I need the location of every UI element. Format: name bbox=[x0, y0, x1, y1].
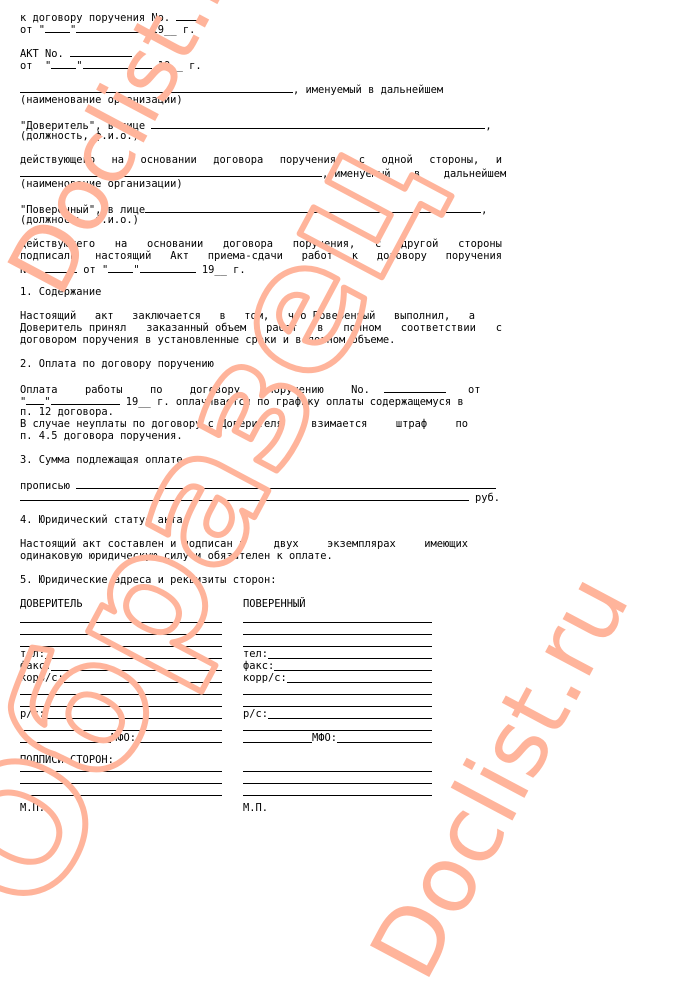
word: акт bbox=[95, 310, 114, 322]
month-blank[interactable] bbox=[51, 394, 120, 405]
word: дальнейшем bbox=[444, 168, 507, 180]
section5-title: 5. Юридические адреса и реквизиты сторон… bbox=[20, 574, 276, 586]
month-blank[interactable] bbox=[76, 22, 145, 33]
line-blank[interactable] bbox=[20, 624, 222, 635]
settlement-account-row: р/с: bbox=[20, 708, 222, 720]
line-blank[interactable] bbox=[20, 696, 222, 707]
day-blank[interactable] bbox=[26, 394, 44, 405]
tel-row: тел: bbox=[20, 648, 222, 660]
principal-requisites-title: ДОВЕРИТЕЛЬ bbox=[20, 598, 83, 610]
mfo-prefix-blank[interactable] bbox=[243, 732, 312, 743]
word: поручения, bbox=[293, 238, 356, 250]
s2-line3: п. 12 договора. bbox=[20, 406, 114, 418]
word: именуемый bbox=[334, 168, 390, 180]
signature-line[interactable] bbox=[243, 783, 432, 784]
word: и bbox=[496, 154, 502, 166]
comma: , bbox=[322, 168, 328, 180]
agent-stamp: М.П. bbox=[243, 802, 268, 814]
line-blank[interactable] bbox=[243, 720, 432, 731]
word: В случае неуплаты по договору с Доверите… bbox=[20, 418, 283, 430]
month-blank[interactable] bbox=[140, 262, 196, 273]
word: действующего bbox=[20, 154, 95, 166]
word: с bbox=[496, 322, 502, 334]
word: в bbox=[414, 168, 420, 180]
currency-label: руб. bbox=[475, 492, 500, 504]
word: работ bbox=[266, 322, 297, 334]
principal-line: "Доверитель", в лице , bbox=[20, 118, 492, 130]
s2-line2-text: 19__ г. оплачивается по графику оплаты с… bbox=[120, 396, 464, 408]
fax-row: факс: bbox=[243, 660, 432, 672]
principal-stamp: М.П. bbox=[20, 802, 45, 814]
mfo-prefix-blank[interactable] bbox=[20, 732, 111, 743]
tel-blank[interactable] bbox=[45, 648, 222, 659]
from-label: от bbox=[468, 384, 481, 396]
signature-line[interactable] bbox=[20, 771, 222, 772]
line-blank[interactable] bbox=[243, 624, 432, 635]
day-blank[interactable] bbox=[45, 22, 70, 33]
corr-account-row: корр/с: bbox=[20, 672, 222, 684]
section3-title: 3. Сумма подлежащая оплате bbox=[20, 454, 183, 466]
blank-row bbox=[243, 684, 432, 696]
acting1-line: действующегонаоснованиидоговорапоручения… bbox=[20, 154, 502, 166]
word: одной bbox=[382, 154, 413, 166]
fax-blank[interactable] bbox=[274, 660, 432, 671]
word: поручения, bbox=[280, 154, 343, 166]
word: другой bbox=[401, 238, 439, 250]
word: а bbox=[469, 310, 475, 322]
year-suffix: 19__ г. bbox=[145, 24, 195, 36]
signature-line[interactable] bbox=[20, 795, 222, 796]
day-blank[interactable] bbox=[51, 58, 76, 69]
payment-contract-number-blank[interactable] bbox=[384, 382, 446, 393]
settlement-account-row: р/с: bbox=[243, 708, 432, 720]
agent-caption: (должность, ф.и.о.) bbox=[20, 214, 139, 226]
blank-row bbox=[20, 696, 222, 708]
fax-row: факс: bbox=[20, 660, 222, 672]
comma: , bbox=[485, 120, 491, 132]
tel-label: тел: bbox=[243, 648, 268, 660]
word: договора bbox=[223, 238, 273, 250]
word: договора bbox=[213, 154, 263, 166]
mfo-label: МФО: bbox=[312, 732, 337, 744]
word: в bbox=[317, 322, 323, 334]
agent-requisites-title: ПОВЕРЕННЫЙ bbox=[243, 598, 306, 610]
acting2-line1: действующегонаоснованиидоговорапоручения… bbox=[20, 238, 502, 250]
word: Акт bbox=[170, 250, 189, 262]
word: экземплярах bbox=[327, 538, 396, 550]
word: действующего bbox=[20, 238, 95, 250]
settlement-account-blank[interactable] bbox=[45, 708, 222, 719]
corr-account-row: корр/с: bbox=[243, 672, 432, 684]
contract-ref-line: к договору поручения No. bbox=[20, 10, 201, 22]
word: двух bbox=[274, 538, 299, 550]
section2-title: 2. Оплата по договору поручению bbox=[20, 358, 214, 370]
settlement-account-label: р/с: bbox=[20, 708, 45, 720]
act-number-blank[interactable] bbox=[70, 46, 132, 57]
comma: , bbox=[481, 204, 487, 216]
word: с bbox=[359, 154, 365, 166]
blank-row bbox=[243, 636, 432, 648]
contract-number-blank[interactable] bbox=[176, 10, 201, 21]
mfo-blank[interactable] bbox=[136, 732, 222, 743]
contract-number-blank[interactable] bbox=[45, 262, 77, 273]
principal-caption: (должность, ф.и.о.) bbox=[20, 130, 139, 142]
word: основании bbox=[141, 154, 197, 166]
word: соответствии bbox=[401, 322, 476, 334]
tel-blank[interactable] bbox=[268, 648, 432, 659]
s4-line2: одинаковую юридическую силу и обязателен… bbox=[20, 550, 333, 562]
corr-account-label: корр/с: bbox=[243, 672, 287, 684]
word: основании bbox=[147, 238, 203, 250]
act-number-line: АКТ No. bbox=[20, 46, 132, 58]
blank-row bbox=[20, 636, 222, 648]
blank-row bbox=[20, 624, 222, 636]
line-blank[interactable] bbox=[243, 684, 432, 695]
line-blank[interactable] bbox=[20, 720, 222, 731]
tel-label: тел: bbox=[20, 648, 45, 660]
section4-title: 4. Юридический статус акта bbox=[20, 514, 183, 526]
word: настоящий bbox=[95, 250, 151, 262]
year-suffix: 19__ г. bbox=[196, 264, 246, 276]
word: том, bbox=[244, 310, 269, 322]
document-page: к договору поручения No. от "" 19__ г. А… bbox=[0, 0, 700, 1000]
acting2-line3: No. от "" 19__ г. bbox=[20, 262, 246, 274]
signatures-title: ПОДПИСИ СТОРОН: bbox=[20, 754, 114, 766]
month-blank[interactable] bbox=[83, 58, 152, 69]
word: выполнил, bbox=[394, 310, 450, 322]
line-blank[interactable] bbox=[20, 612, 222, 623]
word: с bbox=[375, 238, 381, 250]
blank-row bbox=[20, 684, 222, 696]
settlement-account-label: р/с: bbox=[243, 708, 268, 720]
word: подписали bbox=[20, 250, 76, 262]
word: на bbox=[112, 154, 125, 166]
word: Доверитель принял bbox=[20, 322, 126, 334]
word: полном bbox=[343, 322, 381, 334]
line-blank[interactable] bbox=[243, 696, 432, 707]
blank-row bbox=[20, 612, 222, 624]
corr-account-label: корр/с: bbox=[20, 672, 64, 684]
signature-line[interactable] bbox=[20, 783, 222, 784]
blank-row bbox=[20, 720, 222, 732]
amount-words-line2: руб. bbox=[20, 490, 500, 502]
amount-words-blank[interactable] bbox=[76, 478, 496, 489]
mfo-row: МФО: bbox=[243, 732, 432, 744]
blank-row bbox=[243, 624, 432, 636]
acting2-line2: подписалинастоящийАктприема-сдачиработкд… bbox=[20, 250, 502, 262]
mfo-row: МФО: bbox=[20, 732, 222, 744]
word: поручения bbox=[446, 250, 502, 262]
org1-line: , именуемый в дальнейшем bbox=[20, 82, 443, 94]
signature-line[interactable] bbox=[243, 771, 432, 772]
agent-line: "Поверенный", в лице, bbox=[20, 202, 487, 214]
word: стороны, bbox=[429, 154, 479, 166]
s2-line2: "" 19__ г. оплачивается по графику оплат… bbox=[20, 394, 464, 406]
act-date-line: от "" 19__ г. bbox=[20, 58, 202, 70]
org2-suffix: именуемыйвдальнейшем bbox=[334, 168, 506, 180]
contract-date-line: от "" 19__ г. bbox=[20, 22, 195, 34]
s2-line1: ОплатаработыподоговорупоручениюNo.от bbox=[20, 382, 502, 394]
word: заключается bbox=[132, 310, 201, 322]
word: договору bbox=[377, 250, 427, 262]
no-label: No. bbox=[20, 264, 45, 276]
word: штраф bbox=[396, 418, 427, 430]
agent-person-blank[interactable] bbox=[145, 202, 481, 213]
word: приема-сдачи bbox=[208, 250, 283, 262]
fax-label: факс: bbox=[243, 660, 274, 672]
principal-person-blank[interactable] bbox=[151, 118, 485, 129]
blank-row bbox=[243, 612, 432, 624]
s1-line1: Настоящийактзаключаетсявтом,что Поверенн… bbox=[20, 310, 475, 322]
word: заказанный объем bbox=[146, 322, 246, 334]
fax-label: факс: bbox=[20, 660, 51, 672]
word: стороны bbox=[458, 238, 502, 250]
corr-account-blank[interactable] bbox=[287, 672, 432, 683]
line-blank[interactable] bbox=[243, 636, 432, 647]
section1-title: 1. Содержание bbox=[20, 286, 101, 298]
tel-row: тел: bbox=[243, 648, 432, 660]
word: Настоящий bbox=[20, 310, 76, 322]
word: работ bbox=[302, 250, 333, 262]
day-blank[interactable] bbox=[108, 262, 133, 273]
mfo-label: МФО: bbox=[111, 732, 136, 744]
signature-line[interactable] bbox=[243, 795, 432, 796]
s1-line2: Доверитель принялзаказанный объемработвп… bbox=[20, 322, 502, 334]
org1-name-blank[interactable] bbox=[20, 82, 293, 93]
blank-row bbox=[243, 696, 432, 708]
word: что Поверенный bbox=[288, 310, 376, 322]
word: к bbox=[352, 250, 358, 262]
from-label: от " bbox=[77, 264, 108, 276]
word: Настоящий акт составлен и подписан в bbox=[20, 538, 245, 550]
org2-line: ,именуемыйвдальнейшем bbox=[20, 166, 502, 178]
date-prefix: от " bbox=[20, 60, 51, 72]
line-blank[interactable] bbox=[20, 636, 222, 647]
year-suffix: 19__ г. bbox=[152, 60, 202, 72]
mfo-blank[interactable] bbox=[337, 732, 432, 743]
date-prefix: от " bbox=[20, 24, 45, 36]
fax-blank[interactable] bbox=[51, 660, 222, 671]
org2-name-blank[interactable] bbox=[20, 166, 322, 177]
blank-row bbox=[243, 720, 432, 732]
amount-words-blank-2[interactable] bbox=[20, 490, 469, 501]
amount-words-line: прописью bbox=[20, 478, 496, 490]
org2-caption: (наименование организации) bbox=[20, 178, 183, 190]
word: на bbox=[115, 238, 128, 250]
line-blank[interactable] bbox=[243, 612, 432, 623]
corr-account-blank[interactable] bbox=[64, 672, 222, 683]
settlement-account-blank[interactable] bbox=[268, 708, 432, 719]
s1-line3: договором поручения в установленные срок… bbox=[20, 334, 395, 346]
word: имеющих bbox=[424, 538, 468, 550]
s2-line4: В случае неуплаты по договору с Доверите… bbox=[20, 418, 468, 430]
word: в bbox=[219, 310, 225, 322]
s2-line5: п. 4.5 договора поручения. bbox=[20, 430, 183, 442]
line-blank[interactable] bbox=[20, 684, 222, 695]
word: по bbox=[455, 418, 468, 430]
word: взимается bbox=[311, 418, 367, 430]
org1-caption: (наименование организации) bbox=[20, 94, 183, 106]
s4-line1: Настоящий акт составлен и подписан вдвух… bbox=[20, 538, 468, 550]
org1-suffix: , именуемый в дальнейшем bbox=[293, 84, 443, 96]
